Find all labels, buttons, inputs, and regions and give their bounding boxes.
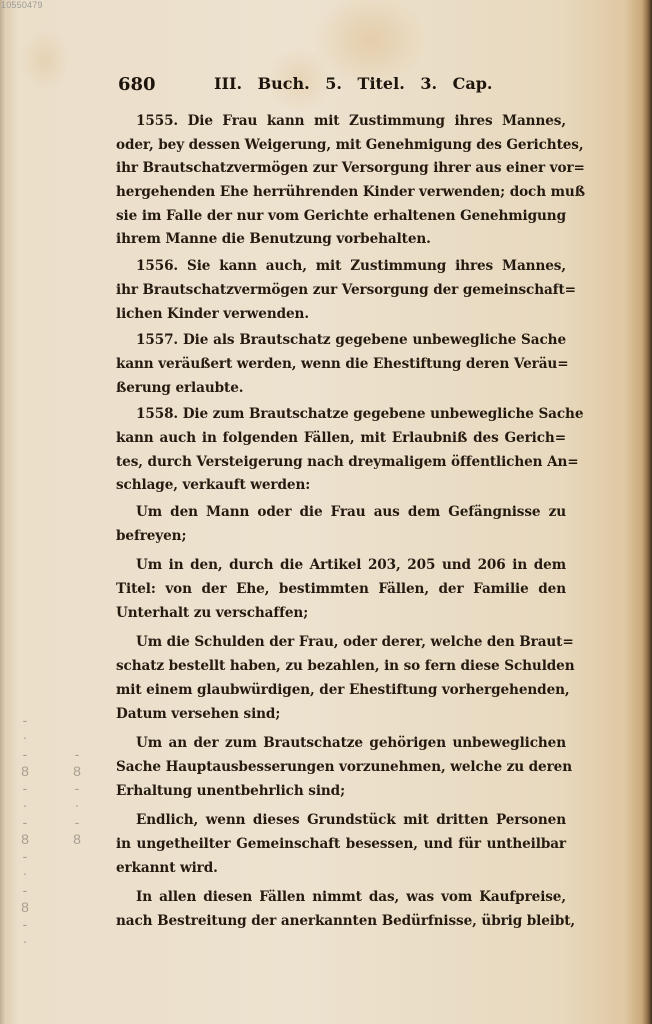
text-line: lichen Kinder verwenden. (116, 303, 566, 327)
text-line: ihr Brautschatzvermögen zur Versorgung i… (116, 157, 566, 181)
text-line: tes, durch Versteigerung nach dreymalige… (116, 451, 566, 475)
text-line: Um an der zum Brautschatze gehörigen unb… (116, 732, 566, 756)
book-label: III. Buch. (214, 74, 310, 93)
scanned-page: 10550479 - · - 8 - · - 8 - · - 8 - · - 8… (0, 0, 652, 1024)
body-text: 1555. Die Frau kann mit Zustimmung ihres… (116, 110, 566, 937)
margin-ruler-right: - 8 - · - 8 (70, 746, 84, 848)
ruler-mark: 8 (18, 899, 32, 916)
text-line: in ungetheilter Gemeinschaft besessen, u… (116, 833, 566, 857)
text-line: 1558. Die zum Brautschatze gegebene unbe… (116, 403, 566, 427)
ruler-mark: 8 (70, 763, 84, 780)
paragraph-1557: 1557. Die als Brautschatz gegebene unbew… (116, 329, 566, 400)
text-line: In allen diesen Fällen nimmt das, was vo… (116, 886, 566, 910)
text-line: hergehenden Ehe herrührenden Kinder verw… (116, 181, 566, 205)
text-line: schatz bestellt haben, zu bezahlen, in s… (116, 655, 566, 679)
text-line: Titel: von der Ehe, bestimmten Fällen, d… (116, 578, 566, 602)
case-debts: Um die Schulden der Frau, oder derer, we… (116, 631, 566, 726)
text-line: Um die Schulden der Frau, oder derer, we… (116, 631, 566, 655)
paragraph-proceeds: In allen diesen Fällen nimmt das, was vo… (116, 886, 566, 933)
text-line: kann auch in folgenden Fällen, mit Erlau… (116, 427, 566, 451)
text-line: Um den Mann oder die Frau aus dem Gefäng… (116, 501, 566, 525)
title-label: 5. Titel. (325, 74, 404, 93)
chapter-label: 3. Cap. (420, 74, 492, 93)
text-line: Um in den, durch die Artikel 203, 205 un… (116, 554, 566, 578)
case-repairs: Um an der zum Brautschatze gehörigen unb… (116, 732, 566, 803)
ruler-mark: 8 (18, 831, 32, 848)
text-line: Sache Hauptausbesserungen vorzunehmen, w… (116, 756, 566, 780)
text-line: mit einem glaubwürdigen, der Ehestiftung… (116, 679, 566, 703)
text-line: ßerung erlaubte. (116, 377, 566, 401)
text-line: kann veräußert werden, wenn die Ehestift… (116, 353, 566, 377)
text-line: 1555. Die Frau kann mit Zustimmung ihres… (116, 110, 566, 134)
running-header: 680 III. Buch. 5. Titel. 3. Cap. (118, 72, 578, 100)
text-line: Endlich, wenn dieses Grundstück mit drit… (116, 809, 566, 833)
text-line: 1557. Die als Brautschatz gegebene unbew… (116, 329, 566, 353)
case-maintenance: Um in den, durch die Artikel 203, 205 un… (116, 554, 566, 625)
text-line: Datum versehen sind; (116, 703, 566, 727)
page-number: 680 (118, 74, 156, 95)
scan-identifier: 10550479 (1, 0, 43, 10)
text-line: erkannt wird. (116, 857, 566, 881)
ruler-mark: 8 (18, 763, 32, 780)
text-line: schlage, verkauft werden: (116, 474, 566, 498)
paragraph-1556: 1556. Sie kann auch, mit Zustimmung ihre… (116, 255, 566, 326)
case-prison: Um den Mann oder die Frau aus dem Gefäng… (116, 501, 566, 548)
text-line: nach Bestreitung der anerkannten Bedürfn… (116, 910, 566, 934)
text-line: sie im Falle der nur vom Gerichte erhalt… (116, 205, 566, 229)
ruler-mark: 8 (70, 831, 84, 848)
page-left-edge (0, 0, 6, 1024)
running-title: III. Buch. 5. Titel. 3. Cap. (214, 74, 492, 93)
text-line: Unterhalt zu verschaffen; (116, 602, 566, 626)
text-line: oder, bey dessen Weigerung, mit Genehmig… (116, 134, 566, 158)
paragraph-1558: 1558. Die zum Brautschatze gegebene unbe… (116, 403, 566, 498)
text-line: ihr Brautschatzvermögen zur Versorgung d… (116, 279, 566, 303)
text-line: Erhaltung unentbehrlich sind; (116, 780, 566, 804)
text-line: 1556. Sie kann auch, mit Zustimmung ihre… (116, 255, 566, 279)
paragraph-1555: 1555. Die Frau kann mit Zustimmung ihres… (116, 110, 566, 252)
case-joint-property: Endlich, wenn dieses Grundstück mit drit… (116, 809, 566, 880)
text-line: ihrem Manne die Benutzung vorbehalten. (116, 228, 566, 252)
text-line: befreyen; (116, 525, 566, 549)
margin-ruler-left: - · - 8 - · - 8 - · - 8 - · (18, 712, 32, 950)
